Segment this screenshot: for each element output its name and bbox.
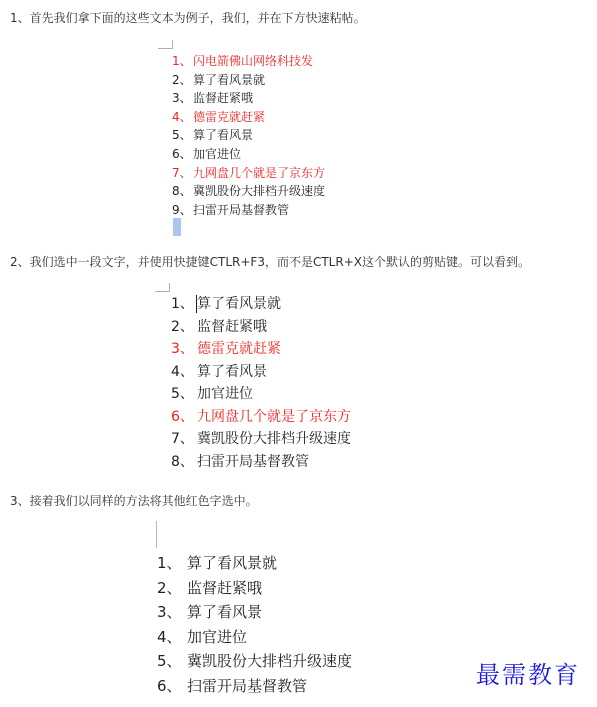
item-number: 6、 xyxy=(157,674,182,698)
item-number: 1、 xyxy=(171,293,194,315)
item-number: 2、 xyxy=(171,316,194,338)
item-number: 4、 xyxy=(172,108,192,126)
item-text: 监督赶紧哦 xyxy=(193,89,253,107)
step-1-instruction: 1、首先我们拿下面的这些文本为例子，我们，并在下方快速粘帖。 xyxy=(10,10,366,26)
item-text: 加官进位 xyxy=(197,383,253,405)
item-text: 算了看风景就 xyxy=(193,71,265,89)
item-text: 德雷克就赶紧 xyxy=(197,338,281,360)
item-number: 4、 xyxy=(157,625,182,649)
item-number: 7、 xyxy=(171,428,194,450)
item-text: 监督赶紧哦 xyxy=(187,576,262,600)
paragraph-corner-mark xyxy=(155,283,170,292)
item-text: 算了看风景 xyxy=(193,126,253,144)
item-text: 算了看风景就 xyxy=(197,293,281,315)
item-text: 冀凯股份大排档升级速度 xyxy=(197,428,351,450)
item-text: 德雷克就赶紧 xyxy=(193,108,265,126)
item-number: 5、 xyxy=(172,126,192,144)
selection-cursor-block xyxy=(173,218,181,236)
item-number: 5、 xyxy=(171,383,194,405)
item-text: 九网盘几个就是了京东方 xyxy=(193,164,325,182)
item-text: 监督赶紧哦 xyxy=(197,316,267,338)
item-number: 3、 xyxy=(157,600,182,624)
item-text: 加官进位 xyxy=(187,625,247,649)
item-text: 算了看风景 xyxy=(187,600,262,624)
item-text: 加官进位 xyxy=(193,145,241,163)
item-number: 3、 xyxy=(171,338,194,360)
item-text: 扫雷开局基督教管 xyxy=(197,451,309,473)
item-text: 扫雷开局基督教管 xyxy=(187,674,307,698)
paragraph-corner-mark xyxy=(158,40,173,49)
item-number: 2、 xyxy=(172,71,192,89)
step-3-instruction: 3、接着我们以同样的方法将其他红色字选中。 xyxy=(10,493,258,509)
item-text: 九网盘几个就是了京东方 xyxy=(197,406,351,428)
item-text: 冀凯股份大排档升级速度 xyxy=(187,649,352,673)
item-number: 1、 xyxy=(157,551,182,575)
item-number: 6、 xyxy=(172,145,192,163)
item-number: 9、 xyxy=(172,201,192,219)
item-number: 6、 xyxy=(171,406,194,428)
item-number: 3、 xyxy=(172,89,192,107)
watermark-logo: 最需教育 xyxy=(476,660,580,690)
item-number: 7、 xyxy=(172,164,192,182)
item-number: 1、 xyxy=(172,52,192,70)
step-2-instruction: 2、我们选中一段文字，并使用快捷键CTLR+F3，而不是CTLR+X这个默认的剪… xyxy=(10,254,530,270)
item-number: 4、 xyxy=(171,361,194,383)
text-caret xyxy=(196,295,197,313)
item-text: 算了看风景 xyxy=(197,361,267,383)
item-number: 8、 xyxy=(172,182,192,200)
item-text: 算了看风景就 xyxy=(187,551,277,575)
paragraph-line-mark xyxy=(156,521,157,548)
item-text: 冀凯股份大排档升级速度 xyxy=(193,182,325,200)
item-number: 2、 xyxy=(157,576,182,600)
item-number: 8、 xyxy=(171,451,194,473)
item-text: 闪电箭佛山网络科技发 xyxy=(193,52,313,70)
item-number: 5、 xyxy=(157,649,182,673)
item-text: 扫雷开局基督教管 xyxy=(193,201,289,219)
